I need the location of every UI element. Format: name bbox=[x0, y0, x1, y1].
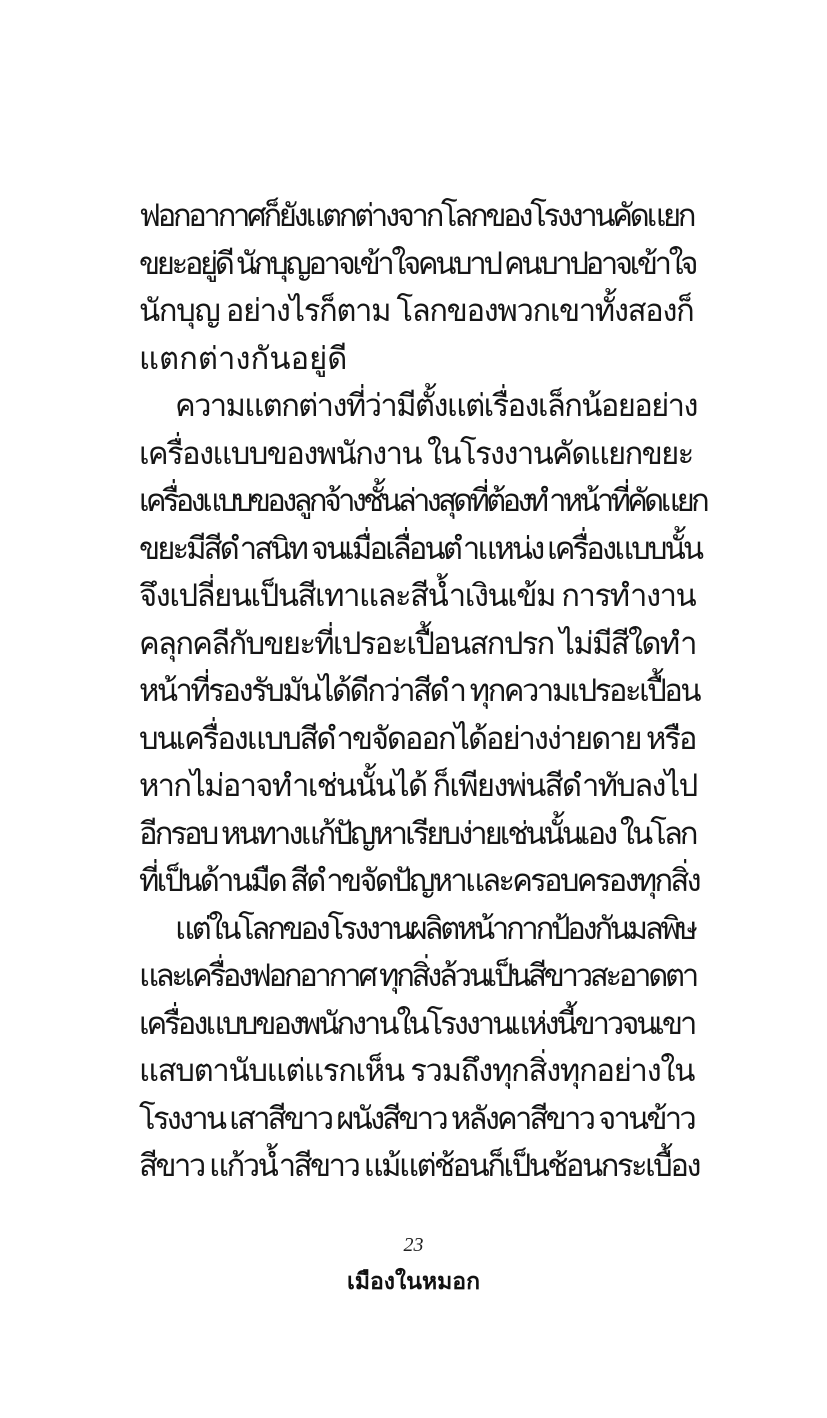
text-line-content: หากไม่อาจทำเช่นนั้นได้ ก็เพียงพ่นสีดำทับ… bbox=[139, 762, 697, 810]
text-line: สีขาว แก้วน้ำสีขาว แม้แต่ช้อนก็เป็นช้อนก… bbox=[139, 1142, 692, 1190]
text-line: ความแตกต่างที่ว่ามีตั้งแต่เรื่องเล็กน้อย… bbox=[139, 382, 692, 430]
text-line: คลุกคลีกับขยะที่เปรอะเปื้อนสกปรก ไม่มีสี… bbox=[139, 620, 692, 668]
text-line: แสบตานับแต่แรกเห็น รวมถึงทุกสิ่งทุกอย่าง… bbox=[139, 1047, 692, 1095]
text-line: ขยะอยู่ดี นักบุญอาจเข้าใจคนบาป คนบาปอาจเ… bbox=[139, 240, 692, 288]
text-line-content: เครื่องแบบของพนักงานในโรงงานแห่งนี้ขาวจน… bbox=[139, 1000, 694, 1048]
page-number: 23 bbox=[0, 1234, 827, 1257]
text-line-content: ขยะอยู่ดี นักบุญอาจเข้าใจคนบาป คนบาปอาจเ… bbox=[139, 240, 695, 288]
body-text: ฟอกอากาศก็ยังแตกต่างจากโลกของโรงงานคัดแย… bbox=[139, 192, 692, 1190]
text-line: เครื่องแบบของพนักงานในโรงงานแห่งนี้ขาวจน… bbox=[139, 1000, 692, 1048]
text-line-content: อีกรอบ หนทางแก้ปัญหาเรียบง่ายเช่นนั้นเอง… bbox=[139, 810, 696, 858]
text-line-content: หน้าที่รองรับมันได้ดีกว่าสีดำ ทุกความเปร… bbox=[139, 667, 699, 715]
text-line: หากไม่อาจทำเช่นนั้นได้ ก็เพียงพ่นสีดำทับ… bbox=[139, 762, 692, 810]
text-line: ที่เป็นด้านมืด สีดำขจัดปัญหาและครอบครองท… bbox=[139, 857, 692, 905]
text-line-content: ความแตกต่างที่ว่ามีตั้งแต่เรื่องเล็กน้อย… bbox=[175, 382, 697, 430]
text-line-content: เครื่องแบบของลูกจ้างชั้นล่างสุดที่ต้องทำ… bbox=[139, 477, 706, 525]
text-line-content: ฟอกอากาศก็ยังแตกต่างจากโลกของโรงงานคัดแย… bbox=[139, 192, 693, 240]
text-line-content: แต่ในโลกของโรงงานผลิตหน้ากากป้องกันมลพิษ bbox=[175, 905, 695, 953]
text-line-content: แตกต่างกันอยู่ดี bbox=[139, 335, 347, 383]
text-line: เครื่องแบบของพนักงาน ในโรงงานคัดแยกขยะ bbox=[139, 430, 692, 478]
text-line: บนเครื่องแบบสีดำขจัดออกได้อย่างง่ายดาย ห… bbox=[139, 715, 692, 763]
text-line-content: โรงงาน เสาสีขาว ผนังสีขาว หลังคาสีขาว จา… bbox=[139, 1095, 694, 1143]
book-page: ฟอกอากาศก็ยังแตกต่างจากโลกของโรงงานคัดแย… bbox=[0, 0, 827, 1418]
text-line-content: ที่เป็นด้านมืด สีดำขจัดปัญหาและครอบครองท… bbox=[139, 857, 699, 905]
text-line-content: และเครื่องฟอกอากาศ ทุกสิ่งล้วนเป็นสีขาวส… bbox=[139, 952, 696, 1000]
text-line: อีกรอบ หนทางแก้ปัญหาเรียบง่ายเช่นนั้นเอง… bbox=[139, 810, 692, 858]
text-line: แต่ในโลกของโรงงานผลิตหน้ากากป้องกันมลพิษ bbox=[139, 905, 692, 953]
text-line-content: ขยะมีสีดำสนิท จนเมื่อเลื่อนตำแหน่ง เครื่… bbox=[139, 525, 701, 573]
text-line-content: สีขาว แก้วน้ำสีขาว แม้แต่ช้อนก็เป็นช้อนก… bbox=[139, 1142, 699, 1190]
text-line: แตกต่างกันอยู่ดี bbox=[139, 335, 692, 383]
text-line: โรงงาน เสาสีขาว ผนังสีขาว หลังคาสีขาว จา… bbox=[139, 1095, 692, 1143]
text-line-content: บนเครื่องแบบสีดำขจัดออกได้อย่างง่ายดาย ห… bbox=[139, 715, 695, 763]
text-line: ฟอกอากาศก็ยังแตกต่างจากโลกของโรงงานคัดแย… bbox=[139, 192, 692, 240]
text-line-content: จึงเปลี่ยนเป็นสีเทาและสีน้ำเงินเข้ม การท… bbox=[139, 572, 695, 620]
text-line-content: คลุกคลีกับขยะที่เปรอะเปื้อนสกปรก ไม่มีสี… bbox=[139, 620, 696, 668]
text-line: และเครื่องฟอกอากาศ ทุกสิ่งล้วนเป็นสีขาวส… bbox=[139, 952, 692, 1000]
text-line-content: เครื่องแบบของพนักงาน ในโรงงานคัดแยกขยะ bbox=[139, 430, 693, 478]
text-line: เครื่องแบบของลูกจ้างชั้นล่างสุดที่ต้องทำ… bbox=[139, 477, 692, 525]
running-footer-title: เมืองในหมอก bbox=[0, 1264, 827, 1300]
text-line-content: นักบุญ อย่างไรก็ตาม โลกของพวกเขาทั้งสองก… bbox=[139, 287, 693, 335]
text-line: หน้าที่รองรับมันได้ดีกว่าสีดำ ทุกความเปร… bbox=[139, 667, 692, 715]
text-line: นักบุญ อย่างไรก็ตาม โลกของพวกเขาทั้งสองก… bbox=[139, 287, 692, 335]
text-line: ขยะมีสีดำสนิท จนเมื่อเลื่อนตำแหน่ง เครื่… bbox=[139, 525, 692, 573]
text-line-content: แสบตานับแต่แรกเห็น รวมถึงทุกสิ่งทุกอย่าง… bbox=[139, 1047, 694, 1095]
text-line: จึงเปลี่ยนเป็นสีเทาและสีน้ำเงินเข้ม การท… bbox=[139, 572, 692, 620]
